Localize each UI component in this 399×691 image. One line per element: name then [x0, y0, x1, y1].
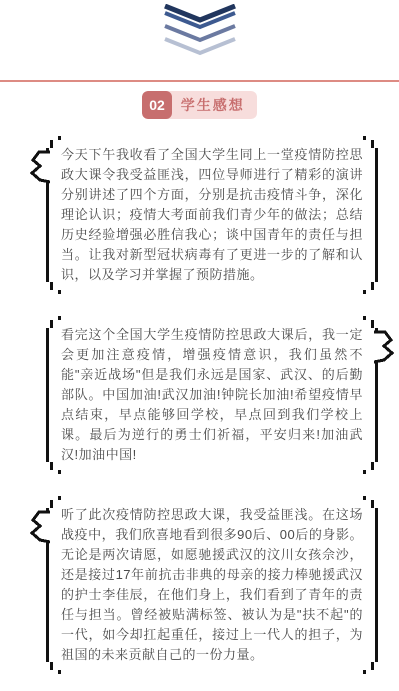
comment-text-1: 今天下午我收看了全国大学生同上一堂疫情防控思政大课令我受益匪浅，四位导师进行了精… [49, 136, 375, 294]
triple-chevron-down-icon [0, 0, 399, 56]
section-title: 学生感想 [172, 91, 257, 119]
section-number-badge: 02 [142, 91, 172, 119]
comment-text-2: 看完这个全国大学生疫情防控思政大课后，我一定会更加注意疫情，增强疫情意识，我们虽… [49, 316, 375, 474]
student-comments-list: 今天下午我收看了全国大学生同上一堂疫情防控思政大课令我受益匪浅，四位导师进行了精… [0, 119, 399, 674]
bubble-tail-left-icon [30, 510, 50, 544]
comment-bubble-frame: 今天下午我收看了全国大学生同上一堂疫情防控思政大课令我受益匪浅，四位导师进行了精… [46, 136, 378, 294]
comment-bubble-frame: 听了此次疫情防控思政大课，我受益匪浅。在这场战疫中，我们欣喜地看到很多90后、0… [46, 496, 378, 674]
bubble-tail-left-icon [30, 150, 50, 184]
section-divider [0, 80, 399, 82]
comment-bubble-frame: 看完这个全国大学生疫情防控思政大课后，我一定会更加注意疫情，增强疫情意识，我们虽… [46, 316, 378, 474]
section-header: 02 学生感想 [0, 91, 399, 119]
comment-bubble-3: 听了此次疫情防控思政大课，我受益匪浅。在这场战疫中，我们欣喜地看到很多90后、0… [46, 496, 378, 674]
section-title-pill: 02 学生感想 [142, 91, 257, 119]
article-page: 02 学生感想 今天下午我收看了全国大学生同上一堂疫情防控思政大课令我受益匪浅，… [0, 0, 399, 691]
comment-bubble-2: 看完这个全国大学生疫情防控思政大课后，我一定会更加注意疫情，增强疫情意识，我们虽… [46, 316, 378, 474]
bubble-tail-right-icon [374, 330, 394, 364]
comment-text-3: 听了此次疫情防控思政大课，我受益匪浅。在这场战疫中，我们欣喜地看到很多90后、0… [49, 496, 375, 674]
comment-bubble-1: 今天下午我收看了全国大学生同上一堂疫情防控思政大课令我受益匪浅，四位导师进行了精… [46, 136, 378, 294]
